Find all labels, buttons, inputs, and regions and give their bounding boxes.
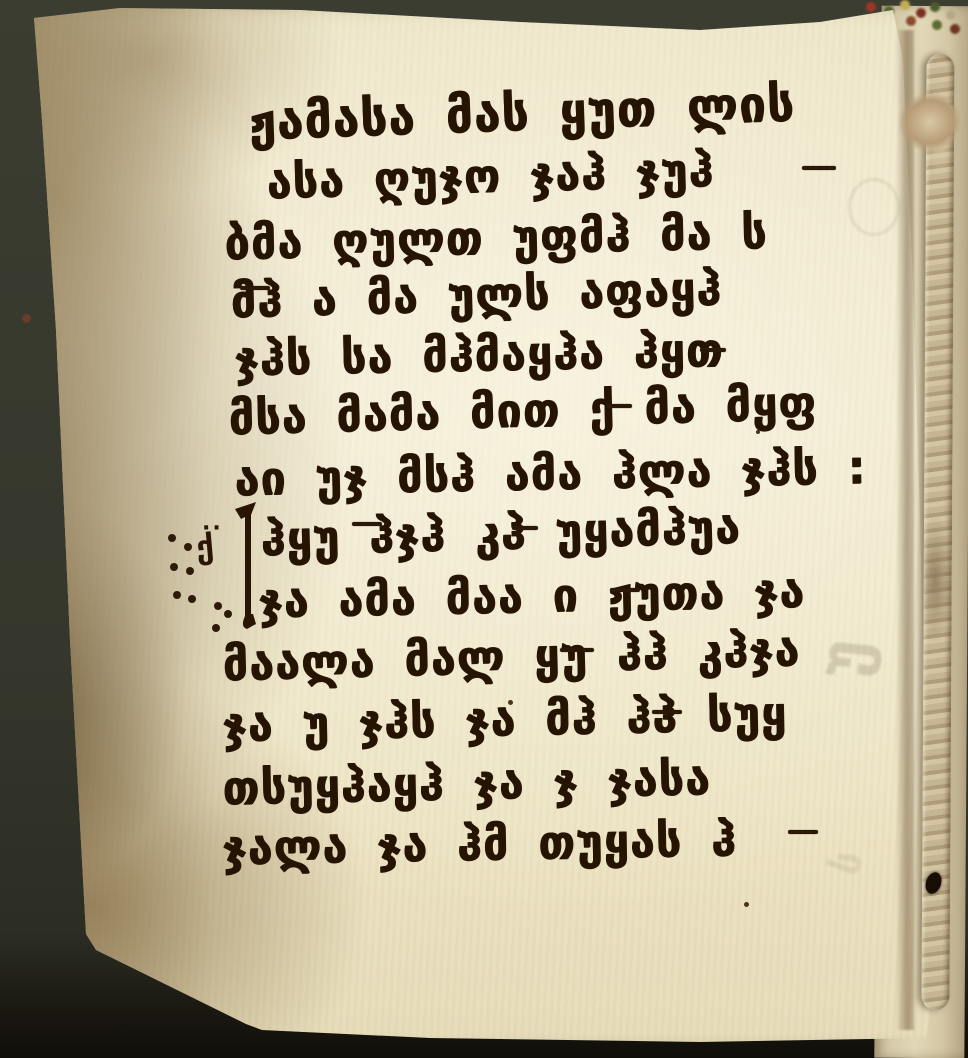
manuscript-line: ჯალა ჯა ჰმ თუყას ჰ bbox=[222, 817, 737, 873]
abbreviation-mark bbox=[610, 588, 640, 592]
manuscript-line: ჯა ამა მაა ი ჟუთა ჯა bbox=[258, 569, 806, 626]
section-initial-stroke bbox=[230, 498, 258, 638]
manuscript-line: თსუყჰაყჰ ჯა ჯ ჯასა bbox=[222, 756, 711, 813]
speck bbox=[508, 700, 513, 705]
manuscript-line: ჰყუ ჰჯჰ კჰ უყამჰუა bbox=[260, 504, 741, 563]
gutter-crease bbox=[896, 30, 914, 1030]
red-stain-spot bbox=[22, 314, 31, 323]
abbreviation-mark bbox=[700, 348, 726, 352]
abbreviation-mark bbox=[512, 526, 538, 530]
endband-threads bbox=[866, 2, 876, 12]
frayed-gutter-strip bbox=[921, 54, 954, 1010]
manuscript-line: მჰ ა მა ულს აფაყჰ bbox=[230, 266, 723, 325]
abbreviation-mark bbox=[240, 286, 270, 290]
abbreviation-mark bbox=[652, 710, 682, 714]
manuscript-photo: უ ს ჟამასა მას ყუთ ლის ასა ღუჯო ჯაჰ ჯუჰ … bbox=[0, 0, 968, 1058]
manuscript-line: აი უჯ მსჰ ამა ჰლა ჯჰს : bbox=[234, 445, 867, 504]
manuscript-line: ასა ღუჯო ჯაჰ ჯუჰ bbox=[266, 147, 715, 206]
abbreviation-mark bbox=[606, 404, 632, 408]
manuscript-line: ჯა უ ჯჰს ჯა მჰ ჰჰ სუყ bbox=[222, 691, 788, 749]
manuscript-line: ჯჰს სა მჰმაყჰა ჰყთ bbox=[234, 328, 724, 384]
show-through-ring bbox=[848, 178, 900, 236]
manuscript-line: ბმა ღულთ უფმჰ მა ს bbox=[224, 210, 768, 268]
speck bbox=[744, 902, 749, 907]
speck bbox=[756, 430, 760, 434]
show-through-letter: უ bbox=[803, 635, 884, 682]
margin-dot-cluster bbox=[168, 534, 176, 542]
margin-mark-char: ქ bbox=[194, 527, 215, 566]
abbreviation-mark bbox=[788, 830, 818, 834]
abbreviation-mark bbox=[802, 166, 836, 170]
abbreviation-mark bbox=[352, 522, 382, 526]
abbreviation-mark bbox=[560, 648, 594, 652]
